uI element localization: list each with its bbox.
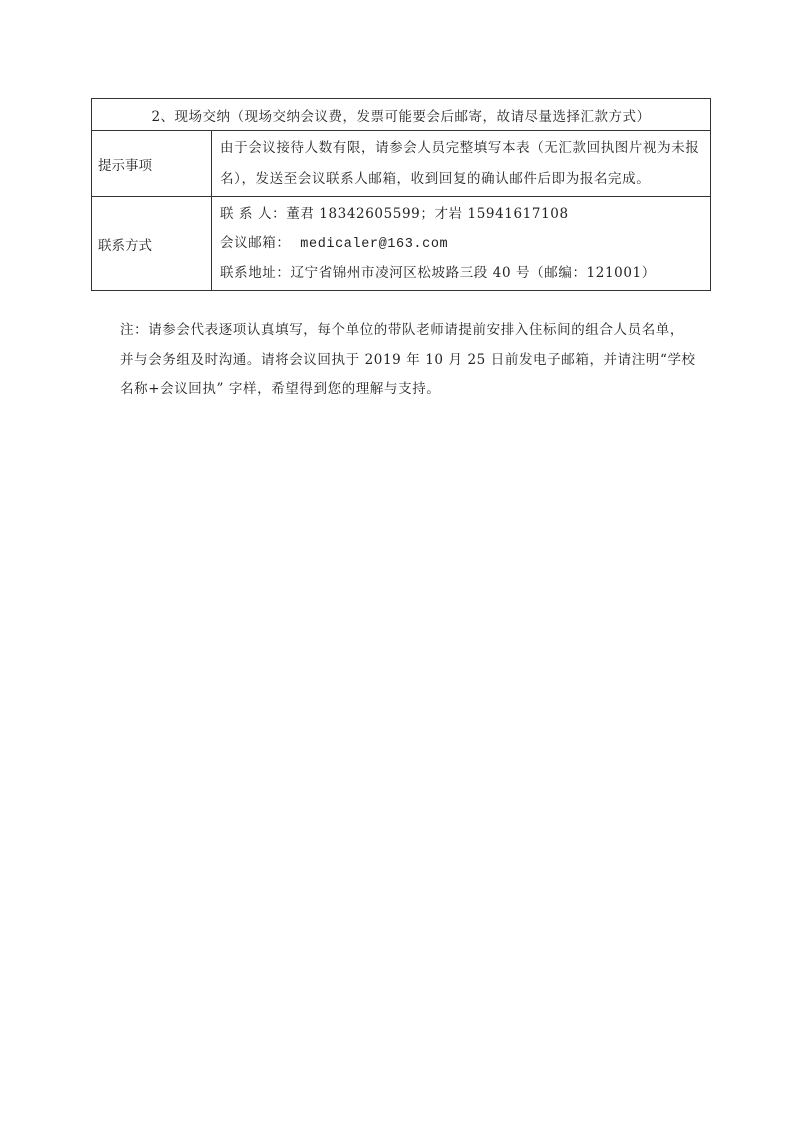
tips-line-1: 由于会议接待人数有限，请参会人员完整填写本表（无汇款回执图片视为未报 [220, 133, 704, 164]
contact-email-value[interactable]: medicaler@163.com [300, 237, 448, 252]
note-paragraph: 注：请参会代表逐项认真填写，每个单位的带队老师请提前安排入住标间的组合人员名单，… [120, 316, 710, 405]
contact-address-value: 辽宁省锦州市凌河区松坡路三段 40 号（邮编：121001） [291, 265, 656, 281]
contact-content: 联 系 人：董君 18342605599；才岩 15941617108 会议邮箱… [212, 197, 711, 291]
registration-info-table: 2、现场交纳（现场交纳会议费，发票可能要会后邮寄，故请尽量选择汇款方式） 提示事… [91, 98, 711, 291]
contact-label: 联系方式 [92, 197, 212, 291]
tips-row: 提示事项 由于会议接待人数有限，请参会人员完整填写本表（无汇款回执图片视为未报 … [92, 131, 711, 197]
onsite-payment-text: 2、现场交纳（现场交纳会议费，发票可能要会后邮寄，故请尽量选择汇款方式） [92, 99, 711, 131]
tips-line-2: 名），发送至会议联系人邮箱，收到回复的确认邮件后即为报名完成。 [220, 164, 704, 195]
document-page: 2、现场交纳（现场交纳会议费，发票可能要会后邮寄，故请尽量选择汇款方式） 提示事… [0, 0, 799, 1131]
contact-row: 联系方式 联 系 人：董君 18342605599；才岩 15941617108… [92, 197, 711, 291]
tips-label: 提示事项 [92, 131, 212, 197]
note-line-1: 注：请参会代表逐项认真填写，每个单位的带队老师请提前安排入住标间的组合人员名单， [120, 316, 710, 346]
tips-content: 由于会议接待人数有限，请参会人员完整填写本表（无汇款回执图片视为未报 名），发送… [212, 131, 711, 197]
contact-persons-value: 董君 18342605599；才岩 15941617108 [286, 206, 568, 222]
contact-email: 会议邮箱： medicaler@163.com [220, 229, 704, 259]
contact-email-label: 会议邮箱： [220, 235, 291, 251]
contact-persons-label: 联 系 人： [220, 206, 286, 222]
contact-address-label: 联系地址： [220, 265, 291, 281]
note-line-2: 并与会务组及时沟通。请将会议回执于 2019 年 10 月 25 日前发电子邮箱… [120, 346, 710, 376]
onsite-payment-row: 2、现场交纳（现场交纳会议费，发票可能要会后邮寄，故请尽量选择汇款方式） [92, 99, 711, 131]
note-line-3: 名称+会议回执” 字样，希望得到您的理解与支持。 [120, 375, 710, 405]
contact-persons: 联 系 人：董君 18342605599；才岩 15941617108 [220, 200, 704, 229]
contact-address: 联系地址：辽宁省锦州市凌河区松坡路三段 40 号（邮编：121001） [220, 259, 704, 288]
